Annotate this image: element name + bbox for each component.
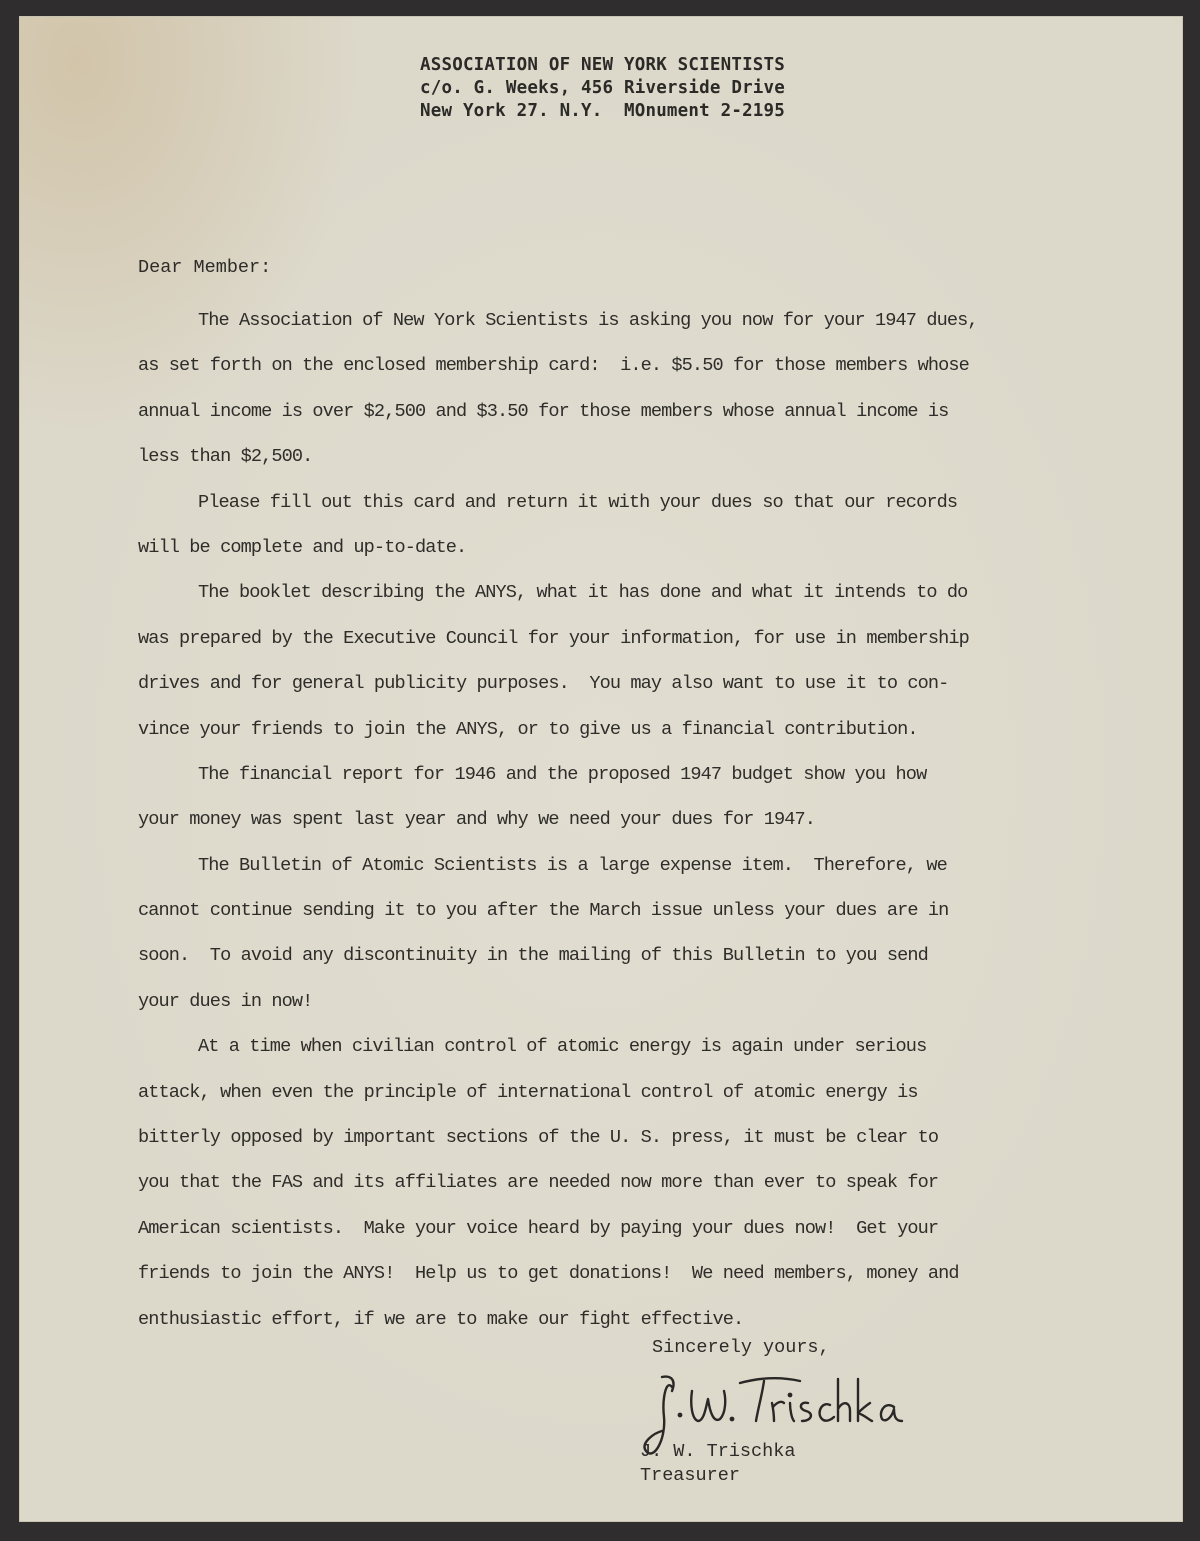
organization-name-text: ASSOCIATION OF NEW YORK SCIENTISTS	[420, 55, 785, 75]
closing: Sincerely yours,	[652, 1337, 830, 1358]
letter-line: drives and for general publicity purpose…	[138, 661, 1098, 706]
salutation: Dear Member:	[138, 257, 271, 278]
address-line: c/o. G. Weeks, 456 Riverside Drive	[420, 77, 785, 100]
letter-line: attack, when even the principle of inter…	[138, 1070, 1098, 1115]
letter-line: The financial report for 1946 and the pr…	[138, 752, 1098, 797]
letter-line: annual income is over $2,500 and $3.50 f…	[138, 389, 1098, 434]
city-phone-line: New York 27. N.Y. MOnument 2-2195	[420, 100, 785, 123]
letter-line: American scientists. Make your voice hea…	[138, 1206, 1098, 1251]
letterhead: ASSOCIATION OF NEW YORK SCIENTISTS c/o. …	[420, 54, 785, 123]
letter-line: your money was spent last year and why w…	[138, 797, 1098, 842]
letter-line: enthusiastic effort, if we are to make o…	[138, 1297, 1098, 1342]
letter-body: The Association of New York Scientists i…	[138, 298, 1098, 1342]
letter-line: your dues in now!	[138, 979, 1098, 1024]
letter-line: friends to join the ANYS! Help us to get…	[138, 1251, 1098, 1296]
address-text: c/o. G. Weeks, 456 Riverside Drive	[420, 78, 785, 98]
letter-line: as set forth on the enclosed membership …	[138, 343, 1098, 388]
letter-line: less than $2,500.	[138, 434, 1098, 479]
letter-line: The Bulletin of Atomic Scientists is a l…	[138, 843, 1098, 888]
letter-line: soon. To avoid any discontinuity in the …	[138, 933, 1098, 978]
letter-page: ASSOCIATION OF NEW YORK SCIENTISTS c/o. …	[20, 17, 1182, 1521]
letter-line: The Association of New York Scientists i…	[138, 298, 1098, 343]
letter-line: was prepared by the Executive Council fo…	[138, 616, 1098, 661]
letter-line: The booklet describing the ANYS, what it…	[138, 570, 1098, 615]
organization-name: ASSOCIATION OF NEW YORK SCIENTISTS	[420, 54, 785, 77]
letter-line: At a time when civilian control of atomi…	[138, 1024, 1098, 1069]
signer-block: J. W. Trischka Treasurer	[640, 1440, 795, 1488]
signer-name: J. W. Trischka	[640, 1440, 795, 1464]
letter-line: bitterly opposed by important sections o…	[138, 1115, 1098, 1160]
signer-title: Treasurer	[640, 1464, 795, 1488]
letter-line: Please fill out this card and return it …	[138, 480, 1098, 525]
letter-line: you that the FAS and its affiliates are …	[138, 1160, 1098, 1205]
letter-line: cannot continue sending it to you after …	[138, 888, 1098, 933]
letter-line: vince your friends to join the ANYS, or …	[138, 707, 1098, 752]
letter-line: will be complete and up-to-date.	[138, 525, 1098, 570]
city-phone-text: New York 27. N.Y. MOnument 2-2195	[420, 101, 785, 121]
